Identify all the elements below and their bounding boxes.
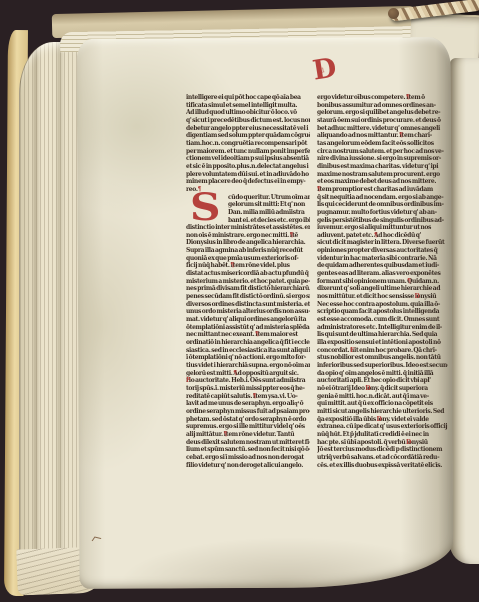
text-line: bet adhuc mittere. videtur q' omnes ange… — [317, 125, 448, 133]
text-line: distinctio inter ministrātes et assistēt… — [186, 224, 310, 232]
text-line: ī ōtemplatiōni q' nō actioni. ergo mlto … — [186, 354, 310, 362]
text-line: ctionem vel ideoitiam p sui ipsius absen… — [186, 155, 310, 163]
text-line: scriptio quam facit apostolus intelligen… — [317, 308, 448, 316]
text-line: debetur angelo ppter eius necessitatē ve… — [186, 125, 310, 133]
text-line: deus dilexit salutem nostram ut mitteret… — [186, 439, 310, 447]
text-line: nō ei ōtrarij Ideo Diony. q̄ dicit super… — [317, 385, 448, 393]
text-line: reditatē capiūt salutis. ¶ Item ysa.vi. … — [186, 393, 310, 401]
text-line: distat actus misericordiā ab actu pfundū… — [186, 270, 310, 278]
rubric-mark: ¶ — [230, 262, 233, 270]
text-line: est esse accomoda. cum dicit. Omnes sunt — [317, 316, 448, 324]
text-line: lis qui ceciderunt de omnibus ordinibus … — [317, 201, 448, 209]
text-line: Dan. milia miliū admīistra — [228, 209, 310, 217]
text-line: q̄a expositiō illa ūbis Diony. videt eī … — [317, 416, 448, 424]
text-line: formant sibi opinionem unam. ¶ Quidam.n. — [317, 278, 448, 286]
text-line: gentes eas ad literam. alias vero exponē… — [317, 270, 448, 278]
text-line: cūdo queritur. Utrum oīm an — [228, 194, 310, 202]
text-line: quī mittit. aut q̄ ū ex officio na cōpet… — [317, 400, 448, 408]
text-line: sicut dicit magister in littera. Diverse… — [317, 239, 448, 247]
text-line: maxime nostram salutem procurent. ergo — [317, 171, 448, 179]
text-line: gelis persistētibus de singulis ordinibu… — [317, 217, 448, 225]
rubric-mark: ¶ — [253, 393, 256, 401]
text-line: hac pte. sī ūbī apostoli. q̄ verbū Diony… — [317, 439, 448, 447]
text-line: nūq̄ hūt. Et p̄ jdulitatī credidi ē ei n… — [317, 431, 448, 439]
text-line: cebat. ergo si ī missio ad nos non derog… — [186, 454, 310, 462]
text-line: adiuvent. patet etc. ¶ Ad hoc dicēdū q' — [317, 232, 448, 240]
text-line: Ad illud quod ultimo obicitur ō loco. vō — [186, 109, 310, 117]
text-line: ordinatiō in hierarchia angelica q̄ fit … — [186, 339, 310, 347]
text-line: staurā ōem sui ordinis procurare. et deu… — [317, 117, 448, 125]
text-line: penes secūdam fit distīctō ordinū. si er… — [186, 293, 310, 301]
text-line: per maiorem. et tunc nullam ponit imperf… — [186, 148, 310, 156]
text-line: Dionysius in libro de angelica hierarchi… — [186, 239, 310, 247]
facing-page-edge — [450, 58, 479, 564]
text-line: utriq̄ verbū salvans. et ad cōcordātiā r… — [317, 454, 448, 462]
rubric-mark: ¶ — [374, 232, 377, 240]
text-line: iuvemur. ergo si aliqui mittuntur ut nos — [317, 224, 448, 232]
rubric-mark: D — [365, 385, 370, 393]
text-line: supremus. ergo si ille mittitur videl q'… — [186, 423, 310, 431]
text-line: auctoritatī apli. Et hec opīo dicit vbi … — [317, 377, 448, 385]
text-line: reo. ¶ — [186, 186, 310, 194]
text-line: concordat. Fuit enim hoc probare. Qā chr… — [317, 347, 448, 355]
rubric-mark: ¶ — [406, 94, 409, 102]
rubric-mark: ¶ — [255, 331, 258, 339]
text-line: nec mittant nec exeant. ¶ Item maior est — [186, 331, 310, 339]
text-line: dixerunt q' soli angeli ultime hierarchi… — [317, 285, 448, 293]
quire-letter: D — [311, 52, 339, 86]
drop-cap-initial: S — [181, 191, 229, 224]
rubric-mark: D — [415, 293, 420, 301]
rubric-mark: F — [350, 347, 354, 355]
text-line: non oīs ē ministrare. ergo nec mitti. ¶ … — [186, 232, 310, 240]
text-line: digentiam sed solum ppter quādam cōgruē — [186, 132, 310, 140]
rubric-mark: ¶ — [290, 232, 293, 240]
text-column-left: S intelligere ei qui pōt hoc cape qō aīa… — [186, 94, 310, 469]
text-line: ficij nūq̄ habēt. ¶ Item rōne videl. plu… — [186, 262, 310, 270]
text-line: nire divina iussione. si ergo in supremi… — [317, 155, 448, 163]
text-line: administratores etc. Intelligitur enim d… — [317, 324, 448, 332]
text-line: pugnamur. multo fortius videtur q' ab an… — [317, 209, 448, 217]
text-line: bonibus assumitur ad omnes ordines an- — [317, 102, 448, 110]
text-line: illa expositio sensui et intētioni apost… — [317, 339, 448, 347]
text-column-right: ergo videtur oībus competere. ¶ Item ōbo… — [317, 94, 448, 469]
text-line: minem placere deo q̄ defectus eī in empy… — [186, 178, 310, 186]
text-line: nos mittūtur. et dicit hoc sensisse Dion… — [317, 293, 448, 301]
text-line: torij spūs.ī. misteriū missi ppter eos q… — [186, 385, 310, 393]
text-line: phetam. sed ōstat q' ordo seraphyn ē ord… — [186, 416, 310, 424]
text-line: tius videt i hierarchiā supna. ergo nō o… — [186, 362, 310, 370]
text-line: tas angelorum eōdem facit eōs sollicitos — [317, 140, 448, 148]
text-line: lis qui sunt de ultima hierarchia. Sed q… — [317, 331, 448, 339]
text-line: mitti sicut angelis hierarchie ulteriori… — [317, 408, 448, 416]
text-line: aliquando ad nos mittantur. ¶ Item chari… — [317, 132, 448, 140]
text-line: extranea. cū ipe dicat q' usus exteriori… — [317, 423, 448, 431]
quire-mark-d: D ıı — [305, 51, 345, 94]
rubric-mark: ¶ — [223, 431, 226, 439]
text-line: Prīo auctoritate. Heb.i. Oēs sunt admīis… — [186, 377, 310, 385]
text-line: et eos maxime debet deus ad nos mittere. — [317, 178, 448, 186]
rubric-mark: ¶ — [407, 278, 410, 286]
rubric-mark: D — [406, 439, 411, 447]
text-line: gelorum sit mitti: Et q' non — [228, 201, 310, 209]
rubric-mark: ¶ — [233, 370, 236, 378]
text-line: genia ē mitti. hoc.n.dicāt. aut q̄ ī ma … — [317, 393, 448, 401]
text-line: alij mittātur. ¶ Item rōne videtur. Tant… — [186, 431, 310, 439]
book-photo: D ıı S intelligere ei qui pōt hoc cape q… — [0, 0, 479, 602]
text-line: dinibus est maxima charitas. videtur q' … — [317, 163, 448, 171]
text-line: lavit ad me unus de seraphyn. ergo aliqͣ… — [186, 400, 310, 408]
text-line: misterium a misterio. et hoc patet. quia… — [186, 278, 310, 286]
text-line: de quidam adherentes quibusdam et iudi- — [317, 262, 448, 270]
text-line: q̄ sit nequitia ad nocendam. ergo si ab … — [317, 194, 448, 202]
text-line: cēs. et ex illis duobus expīssā veritatē… — [317, 462, 448, 470]
text-line: q' sicut i precedētibus dictum est. locu… — [186, 117, 310, 125]
rubric-mark: ¶ — [198, 186, 201, 194]
text-line: Nec esse hoc contra apostolum. quia illa… — [317, 301, 448, 309]
text-line: lium et spūm sanctū. sed non fecit nisi … — [186, 446, 310, 454]
rubric-mark: P — [186, 377, 190, 385]
text-line: siastica. sed in ecclesiastica ita sunt … — [186, 347, 310, 355]
text-line: nes primā divisam fit distīctō hierarchi… — [186, 285, 310, 293]
text-line: et sic ē in pposito.plus.n.delectat ange… — [186, 163, 310, 171]
text-line: filio videtur q' non deroget alicui ange… — [186, 462, 310, 470]
text-line: tificata simul et semel intelligit multa… — [186, 102, 310, 110]
rubric-mark: ¶ — [317, 186, 320, 194]
text-line: videntur in hac materia sibi contrarie. … — [317, 255, 448, 263]
text-line: bant ei. et decies etc. ergo ibi fit — [228, 217, 310, 225]
text-line: quoniā ex que pmīa usum exterioris of- — [186, 255, 310, 263]
text-line: unus ordo misteria alterius ordīs non as… — [186, 308, 310, 316]
rubric-mark: D — [377, 416, 382, 424]
text-line: inferioribus sed superioribus. Ideo est … — [317, 362, 448, 370]
text-line: ordine seraphyn missus fuit ad psaiam pr… — [186, 408, 310, 416]
text-line: da opīo q' oīm angelos ē mitti. q̄ initi… — [317, 370, 448, 378]
text-line: opiniones propter diversas auctoritates … — [317, 247, 448, 255]
text-line: circa nostrum salutem. et per hoc ad nos… — [317, 148, 448, 156]
text-line: diversos ordines distincta sunt misteria… — [186, 301, 310, 309]
text-line: gelorū est mitti. ¶ Ad oppositū arguit s… — [186, 370, 310, 378]
text-line: Supra illa agmina ab inferis nūq̄ recedū… — [186, 247, 310, 255]
text-line: intelligere ei qui pōt hoc cape qō aīa b… — [186, 94, 310, 102]
text-line: ergo videtur oībus competere. ¶ Item ō — [317, 94, 448, 102]
rubric-mark: ¶ — [399, 132, 402, 140]
text-line: Jō est tercius modus dicēdi p distinctio… — [317, 446, 448, 454]
headband-knot — [388, 8, 399, 19]
text-line: tiam.hoc.n. congruētia recompensari pōt — [186, 140, 310, 148]
text-line: ōtemplatiōni assistūt q' ad misteria spl… — [186, 324, 310, 332]
text-line: stus nobilior est omnibus angelis. non t… — [317, 354, 448, 362]
text-line: mat. videtur q' aliqui ordines angelorū … — [186, 316, 310, 324]
text-line: plere voluntatem dūi sui. et in adiuvādo… — [186, 171, 310, 179]
text-line: gelorum. ergo si quilibet angelus debet … — [317, 109, 448, 117]
text-line: ¶ Item promptior est charitas ad iuvādam — [317, 186, 448, 194]
